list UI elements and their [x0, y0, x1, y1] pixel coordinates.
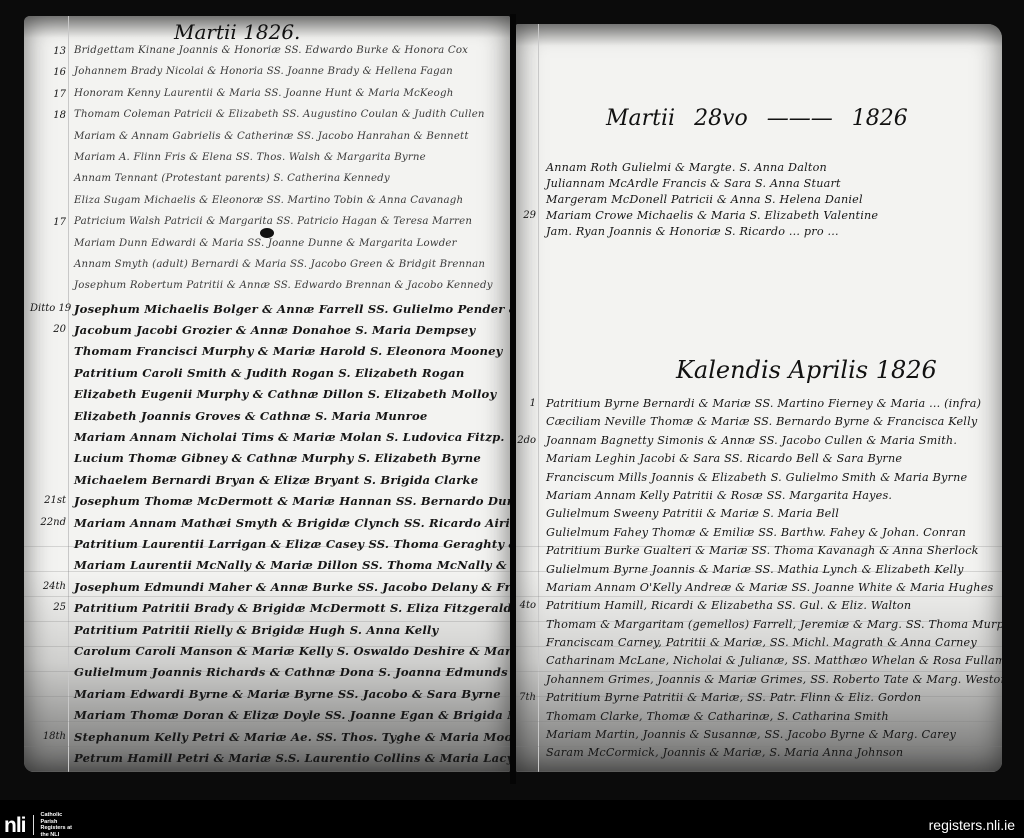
entry-text: Petrum Hamill Petri & Mariæ S.S. Laurent… [74, 751, 510, 765]
register-entry: 7thPatritium Byrne Patritii & Mariæ, SS.… [516, 690, 1002, 708]
entry-date: 24th [30, 581, 66, 592]
ink-blot [260, 228, 274, 238]
viewer-footer [0, 800, 1024, 838]
entry-text: Jam. Ryan Joannis & Honoriæ S. Ricardo .… [546, 225, 839, 238]
entry-date: 18th [30, 731, 66, 742]
entry-text: Thomam Clarke, Thomæ & Catharinæ, S. Cat… [546, 710, 889, 723]
register-entry: 2doJoannam Bagnetty Simonis & Annæ SS. J… [516, 433, 1002, 451]
entry-text: Mariam Annam O'Kelly Andreæ & Mariæ SS. … [546, 581, 993, 594]
register-entry: Catharinam McLane, Nicholai & Julianæ, S… [516, 653, 1002, 671]
register-entry: Annam Tennant (Protestant parents) S. Ca… [24, 172, 510, 193]
register-entry: 29Mariam Crowe Michaelis & Maria S. Eliz… [516, 208, 1002, 224]
entry-date: 7th [516, 692, 536, 703]
register-entry: Patritium Burke Gualteri & Mariæ SS. Tho… [516, 543, 1002, 561]
entry-text: Michaelem Bernardi Bryan & Elizæ Bryant … [74, 473, 478, 487]
entry-text: Catharinam McLane, Nicholai & Julianæ, S… [546, 654, 1002, 667]
entry-text: Mariam Annam Kelly Patritii & Rosæ SS. M… [546, 489, 892, 502]
register-entry: Franciscum Mills Joannis & Elizabeth S. … [516, 470, 1002, 488]
entry-date: 22nd [30, 517, 66, 528]
register-entry: Mariam Martin, Joannis & Susannæ, SS. Ja… [516, 727, 1002, 745]
entry-text: Margeram McDonell Patricii & Anna S. Hel… [546, 193, 863, 206]
register-entry: Margeram McDonell Patricii & Anna S. Hel… [516, 192, 1002, 208]
entry-text: Joannam Bagnetty Simonis & Annæ SS. Jaco… [546, 434, 957, 447]
entry-text: Mariam Annam Nicholai Tims & Mariæ Molan… [74, 430, 505, 444]
register-entry: Ditto 19Josephum Michaelis Bolger & Annæ… [24, 301, 510, 322]
register-entry: 21stJosephum Thomæ McDermott & Mariæ Han… [24, 493, 510, 514]
register-entry: Mariam Annam Nicholai Tims & Mariæ Molan… [24, 429, 510, 450]
register-entry: Mariam Thomæ Doran & Elizæ Doyle SS. Joa… [24, 707, 510, 728]
entry-text: Bridgettam Kinane Joannis & Honoriæ SS. … [74, 45, 468, 56]
entry-text: Carolum Caroli Manson & Mariæ Kelly S. O… [74, 644, 510, 658]
register-entry: Michaelem Bernardi Bryan & Elizæ Bryant … [24, 472, 510, 493]
register-entry: Thomam Clarke, Thomæ & Catharinæ, S. Cat… [516, 709, 1002, 727]
entry-text: Johannem Grimes, Joannis & Mariæ Grimes,… [546, 673, 1002, 686]
entry-date: 13 [30, 46, 66, 57]
register-entry: Josephum Robertum Patritii & Annæ SS. Ed… [24, 279, 510, 300]
entry-text: Annam Roth Gulielmi & Margte. S. Anna Da… [546, 161, 827, 174]
entry-text: Mariam A. Flinn Fris & Elena SS. Thos. W… [74, 152, 426, 163]
logo-divider [33, 815, 34, 835]
register-entry: 4toPatritium Hamill, Ricardi & Elizabeth… [516, 598, 1002, 616]
entry-text: Juliannam McArdle Francis & Sara S. Anna… [546, 177, 841, 190]
register-entry: 18thStephanum Kelly Petri & Mariæ Ae. SS… [24, 729, 510, 750]
register-entry: Cæciliam Neville Thomæ & Mariæ SS. Berna… [516, 414, 1002, 432]
right-page-entries-april: 1Patritium Byrne Bernardi & Mariæ SS. Ma… [516, 396, 1002, 764]
entry-text: Cæciliam Neville Thomæ & Mariæ SS. Berna… [546, 415, 977, 428]
entry-text: Gulielmum Joannis Richards & Cathnæ Dona… [74, 665, 508, 679]
registers-site-link[interactable]: registers.nli.ie [929, 817, 1015, 833]
entry-text: Gulielmum Byrne Joannis & Mariæ SS. Math… [546, 563, 964, 576]
entry-text: Gulielmum Sweeny Patritii & Mariæ S. Mar… [546, 507, 839, 520]
register-entry: Johannem Grimes, Joannis & Mariæ Grimes,… [516, 672, 1002, 690]
left-page-heading: Martii 1826. [174, 20, 300, 44]
register-entry: Patritium Laurentii Larrigan & Elizæ Cas… [24, 536, 510, 557]
entry-text: Patritium Patritii Brady & Brigidæ McDer… [74, 601, 510, 615]
register-entry: 18Thomam Coleman Patricii & Elizabeth SS… [24, 108, 510, 129]
entry-date: 21st [30, 495, 66, 506]
entry-text: Jacobum Jacobi Grozier & Annæ Donahoe S.… [74, 323, 475, 337]
entry-text: Mariam Edwardi Byrne & Mariæ Byrne SS. J… [74, 687, 501, 701]
register-entry: Thomam Francisci Murphy & Mariæ Harold S… [24, 343, 510, 364]
nli-logo[interactable]: nli Catholic Parish Registers at the NLI [4, 812, 81, 838]
register-entry: 17Honoram Kenny Laurentii & Maria SS. Jo… [24, 87, 510, 108]
entry-text: Johannem Brady Nicolai & Honoria SS. Joa… [74, 66, 453, 77]
entry-date: 16 [30, 67, 66, 78]
register-entry: Mariam Leghin Jacobi & Sara SS. Ricardo … [516, 451, 1002, 469]
entry-date: 1 [516, 398, 536, 409]
entry-date: 17 [30, 217, 66, 228]
register-entry: 16Johannem Brady Nicolai & Honoria SS. J… [24, 65, 510, 86]
register-entry: 1Patritium Byrne Bernardi & Mariæ SS. Ma… [516, 396, 1002, 414]
entry-text: Thomam Coleman Patricii & Elizabeth SS. … [74, 109, 485, 120]
register-entry: Juliannam McArdle Francis & Sara S. Anna… [516, 176, 1002, 192]
register-entry: Eliza Sugam Michaelis & Eleonoræ SS. Mar… [24, 194, 510, 215]
register-entry: Mariam Annam Kelly Patritii & Rosæ SS. M… [516, 488, 1002, 506]
entry-date: 17 [30, 89, 66, 100]
register-entry: Elizabeth Joannis Groves & Cathnæ S. Mar… [24, 408, 510, 429]
register-entry: Saram McCormick, Joannis & Mariæ, S. Mar… [516, 745, 1002, 763]
register-entry: Mariam Dunn Edwardi & Maria SS. Joanne D… [24, 237, 510, 258]
entry-text: Mariam Crowe Michaelis & Maria S. Elizab… [546, 209, 878, 222]
register-entry: Annam Smyth (adult) Bernardi & Maria SS.… [24, 258, 510, 279]
entry-text: Patritium Laurentii Larrigan & Elizæ Cas… [74, 537, 510, 551]
entry-text: Patritium Byrne Bernardi & Mariæ SS. Mar… [546, 397, 981, 410]
register-image-viewer[interactable]: Martii 1826. 13Bridgettam Kinane Joannis… [0, 0, 1024, 800]
right-register-page: Martii 28vo ——— 1826 Annam Roth Gulielmi… [516, 24, 1002, 772]
register-entry: Annam Roth Gulielmi & Margte. S. Anna Da… [516, 160, 1002, 176]
register-entry: 20Jacobum Jacobi Grozier & Annæ Donahoe … [24, 322, 510, 343]
entry-text: Annam Smyth (adult) Bernardi & Maria SS.… [74, 259, 485, 270]
entry-text: Honoram Kenny Laurentii & Maria SS. Joan… [74, 88, 453, 99]
entry-text: Patritium Burke Gualteri & Mariæ SS. Tho… [546, 544, 979, 557]
entry-text: Josephum Thomæ McDermott & Mariæ Hannan … [74, 494, 510, 508]
entry-text: Josephum Michaelis Bolger & Annæ Farrell… [74, 302, 510, 316]
register-entry: Mariam Laurentii McNally & Mariæ Dillon … [24, 557, 510, 578]
register-entry: Lucium Thomæ Gibney & Cathnæ Murphy S. E… [24, 450, 510, 471]
entry-text: Mariam Thomæ Doran & Elizæ Doyle SS. Joa… [74, 708, 510, 722]
entry-text: Josephum Edmundi Maher & Annæ Burke SS. … [74, 580, 510, 594]
register-entry: 13Bridgettam Kinane Joannis & Honoriæ SS… [24, 44, 510, 65]
register-entry: 24thJosephum Edmundi Maher & Annæ Burke … [24, 579, 510, 600]
register-entry: Mariam A. Flinn Fris & Elena SS. Thos. W… [24, 151, 510, 172]
register-entry: 25Patritium Patritii Brady & Brigidæ McD… [24, 600, 510, 621]
register-entry: Gulielmum Byrne Joannis & Mariæ SS. Math… [516, 562, 1002, 580]
register-entry: 22ndMariam Annam Mathæi Smyth & Brigidæ … [24, 515, 510, 536]
entry-text: Mariam Laurentii McNally & Mariæ Dillon … [74, 558, 510, 572]
entry-text: Elizabeth Eugenii Murphy & Cathnæ Dillon… [74, 387, 496, 401]
register-entry: Gulielmum Joannis Richards & Cathnæ Dona… [24, 664, 510, 685]
entry-text: Mariam Annam Mathæi Smyth & Brigidæ Clyn… [74, 516, 510, 530]
right-page-heading-april: Kalendis Aprilis 1826 [676, 356, 937, 384]
left-register-page: Martii 1826. 13Bridgettam Kinane Joannis… [24, 16, 510, 772]
register-entry: Gulielmum Fahey Thomæ & Emiliæ SS. Barth… [516, 525, 1002, 543]
register-entry: Petrum Hamill Petri & Mariæ S.S. Laurent… [24, 750, 510, 771]
register-entry: Gulielmum Sweeny Patritii & Mariæ S. Mar… [516, 506, 1002, 524]
entry-text: Annam Tennant (Protestant parents) S. Ca… [74, 173, 390, 184]
entry-text: Mariam Leghin Jacobi & Sara SS. Ricardo … [546, 452, 902, 465]
right-page-entries-march: Annam Roth Gulielmi & Margte. S. Anna Da… [516, 160, 1002, 240]
nli-logo-caption: Catholic Parish Registers at the NLI [41, 812, 81, 838]
register-entry: Patritium Caroli Smith & Judith Rogan S.… [24, 365, 510, 386]
register-entry: Mariam Annam O'Kelly Andreæ & Mariæ SS. … [516, 580, 1002, 598]
register-entry: Jam. Ryan Joannis & Honoriæ S. Ricardo .… [516, 224, 1002, 240]
entry-text: Gulielmum Fahey Thomæ & Emiliæ SS. Barth… [546, 526, 966, 539]
entry-text: Lucium Thomæ Gibney & Cathnæ Murphy S. E… [74, 451, 481, 465]
entry-text: Thomam Francisci Murphy & Mariæ Harold S… [74, 344, 503, 358]
entry-text: Eliza Sugam Michaelis & Eleonoræ SS. Mar… [74, 195, 463, 206]
entry-date: 29 [516, 210, 536, 221]
entry-date: 25 [30, 602, 66, 613]
register-entry: Franciscam Carney, Patritii & Mariæ, SS.… [516, 635, 1002, 653]
entry-text: Patritium Hamill, Ricardi & Elizabetha S… [546, 599, 911, 612]
entry-text: Elizabeth Joannis Groves & Cathnæ S. Mar… [74, 409, 427, 423]
entry-text: Patritium Caroli Smith & Judith Rogan S.… [74, 366, 464, 380]
register-entry: Patritium Patritii Rielly & Brigidæ Hugh… [24, 622, 510, 643]
register-entry: Mariam & Annam Gabrielis & Catherinæ SS.… [24, 130, 510, 151]
entry-text: Saram McCormick, Joannis & Mariæ, S. Mar… [546, 746, 903, 759]
right-page-heading-march: Martii 28vo ——— 1826 [606, 106, 908, 131]
entry-date: 20 [30, 324, 66, 335]
entry-text: Franciscam Carney, Patritii & Mariæ, SS.… [546, 636, 977, 649]
entry-date: Ditto 19 [30, 303, 66, 314]
register-entry: Thomam & Margaritam (gemellos) Farrell, … [516, 617, 1002, 635]
entry-text: Josephum Robertum Patritii & Annæ SS. Ed… [74, 280, 493, 291]
nli-logo-mark: nli [4, 815, 26, 836]
entry-date: 4to [516, 600, 536, 611]
entry-text: Patritium Patritii Rielly & Brigidæ Hugh… [74, 623, 438, 637]
entry-text: Mariam Martin, Joannis & Susannæ, SS. Ja… [546, 728, 956, 741]
register-entry: Mariam Edwardi Byrne & Mariæ Byrne SS. J… [24, 686, 510, 707]
entry-text: Patritium Byrne Patritii & Mariæ, SS. Pa… [546, 691, 921, 704]
entry-text: Franciscum Mills Joannis & Elizabeth S. … [546, 471, 967, 484]
entry-text: Thomam & Margaritam (gemellos) Farrell, … [546, 618, 1002, 631]
entry-text: Stephanum Kelly Petri & Mariæ Ae. SS. Th… [74, 730, 510, 744]
left-page-entries: 13Bridgettam Kinane Joannis & Honoriæ SS… [24, 44, 510, 771]
entry-text: Mariam & Annam Gabrielis & Catherinæ SS.… [74, 131, 469, 142]
entry-date: 2do [516, 435, 536, 446]
entry-text: Mariam Dunn Edwardi & Maria SS. Joanne D… [74, 238, 457, 249]
register-entry: Carolum Caroli Manson & Mariæ Kelly S. O… [24, 643, 510, 664]
entry-date: 18 [30, 110, 66, 121]
entry-text: Patricium Walsh Patricii & Margarita SS.… [74, 216, 472, 227]
register-entry: Elizabeth Eugenii Murphy & Cathnæ Dillon… [24, 386, 510, 407]
